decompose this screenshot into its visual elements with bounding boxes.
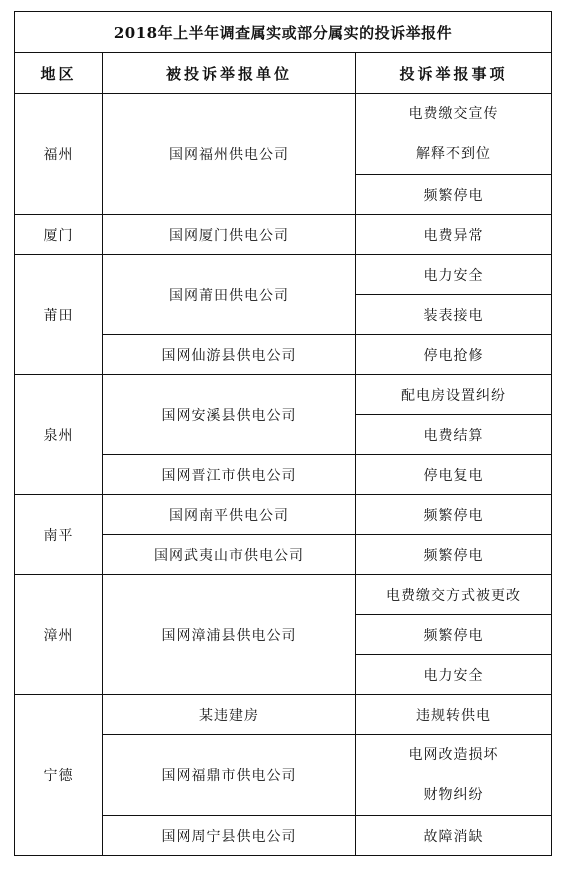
unit-cell: 国网福州供电公司 [103, 94, 356, 215]
matter-line: 电网改造损坏 [356, 735, 551, 775]
matter-cell: 电力安全 [356, 655, 552, 695]
matter-cell: 电网改造损坏 财物纠纷 [356, 735, 552, 816]
header-unit: 被投诉举报单位 [103, 53, 356, 94]
matter-line: 电费缴交宣传 [356, 94, 551, 134]
header-matter: 投诉举报事项 [356, 53, 552, 94]
table-row: 宁德 某违建房 违规转供电 [15, 695, 552, 735]
table-row: 福州 国网福州供电公司 电费缴交宣传 解释不到位 [15, 94, 552, 175]
unit-cell: 国网南平供电公司 [103, 495, 356, 535]
region-cell: 漳州 [15, 575, 103, 695]
header-row: 地区 被投诉举报单位 投诉举报事项 [15, 53, 552, 94]
matter-cell: 频繁停电 [356, 175, 552, 215]
matter-cell: 频繁停电 [356, 535, 552, 575]
region-cell: 宁德 [15, 695, 103, 856]
table-title: 2018年上半年调查属实或部分属实的投诉举报件 [15, 12, 552, 53]
matter-line: 财物纠纷 [356, 775, 551, 815]
unit-cell: 国网厦门供电公司 [103, 215, 356, 255]
matter-cell: 违规转供电 [356, 695, 552, 735]
matter-cell: 停电抢修 [356, 335, 552, 375]
region-cell: 南平 [15, 495, 103, 575]
unit-cell: 国网武夷山市供电公司 [103, 535, 356, 575]
table-row: 南平 国网南平供电公司 频繁停电 [15, 495, 552, 535]
matter-cell: 停电复电 [356, 455, 552, 495]
matter-cell: 电费缴交宣传 解释不到位 [356, 94, 552, 175]
matter-cell: 频繁停电 [356, 615, 552, 655]
matter-line: 解释不到位 [356, 134, 551, 174]
unit-cell: 国网仙游县供电公司 [103, 335, 356, 375]
unit-cell: 国网福鼎市供电公司 [103, 735, 356, 816]
table-row: 厦门 国网厦门供电公司 电费异常 [15, 215, 552, 255]
unit-cell: 国网莆田供电公司 [103, 255, 356, 335]
matter-cell: 故障消缺 [356, 816, 552, 856]
region-cell: 福州 [15, 94, 103, 215]
unit-cell: 某违建房 [103, 695, 356, 735]
unit-cell: 国网晋江市供电公司 [103, 455, 356, 495]
complaint-table-container: 2018年上半年调查属实或部分属实的投诉举报件 地区 被投诉举报单位 投诉举报事… [14, 11, 551, 860]
unit-cell: 国网安溪县供电公司 [103, 375, 356, 455]
matter-cell: 电费结算 [356, 415, 552, 455]
table-row: 漳州 国网漳浦县供电公司 电费缴交方式被更改 [15, 575, 552, 615]
region-cell: 泉州 [15, 375, 103, 495]
matter-cell: 配电房设置纠纷 [356, 375, 552, 415]
header-region: 地区 [15, 53, 103, 94]
matter-cell: 电费异常 [356, 215, 552, 255]
region-cell: 厦门 [15, 215, 103, 255]
complaint-table: 2018年上半年调查属实或部分属实的投诉举报件 地区 被投诉举报单位 投诉举报事… [14, 11, 552, 856]
matter-cell: 频繁停电 [356, 495, 552, 535]
matter-cell: 电费缴交方式被更改 [356, 575, 552, 615]
unit-cell: 国网周宁县供电公司 [103, 816, 356, 856]
matter-cell: 电力安全 [356, 255, 552, 295]
title-row: 2018年上半年调查属实或部分属实的投诉举报件 [15, 12, 552, 53]
unit-cell: 国网漳浦县供电公司 [103, 575, 356, 695]
matter-cell: 装表接电 [356, 295, 552, 335]
region-cell: 莆田 [15, 255, 103, 375]
table-row: 莆田 国网莆田供电公司 电力安全 [15, 255, 552, 295]
table-row: 泉州 国网安溪县供电公司 配电房设置纠纷 [15, 375, 552, 415]
